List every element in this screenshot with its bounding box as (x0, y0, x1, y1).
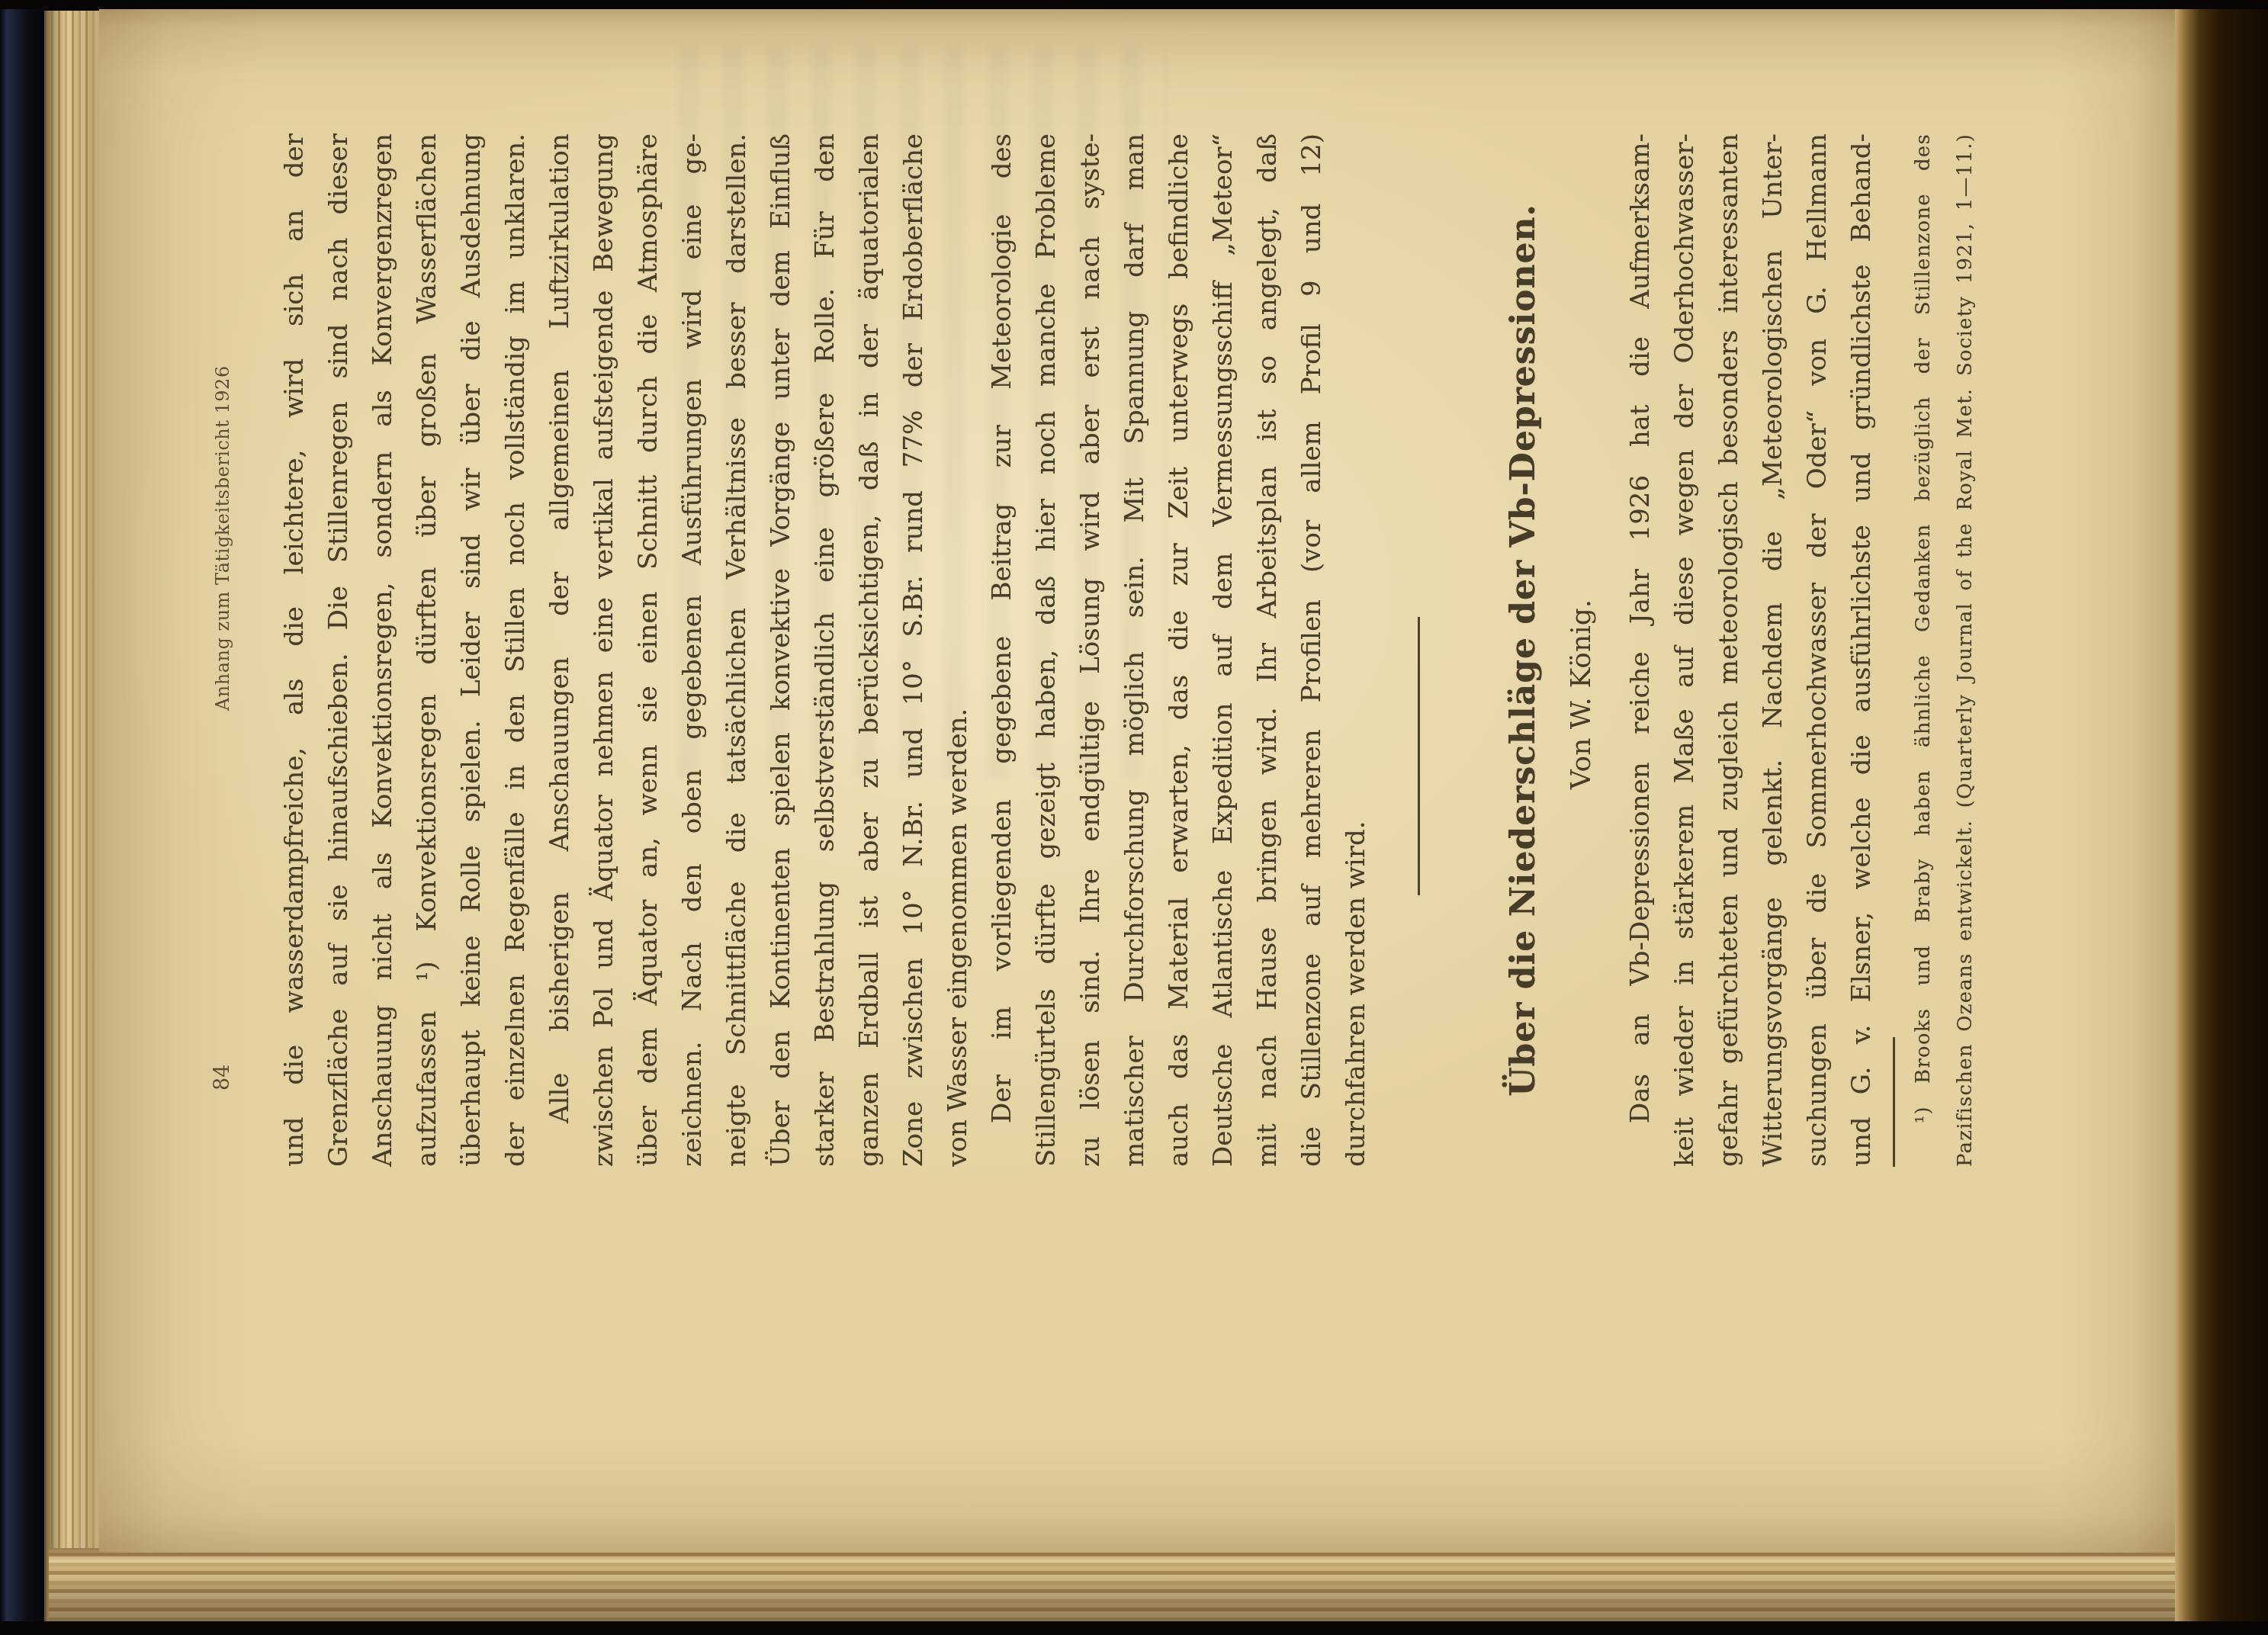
text-line: Pazifischen Ozeans entwickelt. (Quarterl… (1945, 133, 1987, 1167)
section-paragraph: Das an Vb-Depressionen reiche Jahr 1926 … (1618, 133, 1884, 1167)
text-line: aufzufassen ¹) Konvektionsregen dürften … (405, 133, 449, 1167)
footnote-rule (1893, 1037, 1895, 1167)
text-line: die Stillenzone auf mehreren Profilen (v… (1290, 133, 1334, 1167)
text-line: neigte Schnittfläche die tatsächlichen V… (715, 133, 759, 1167)
text-line: Grenzfläche auf sie hinaufschieben. Die … (316, 133, 361, 1167)
body-paragraphs: und die wasserdampfreiche, als die leich… (272, 133, 1378, 1167)
text-line: von Wasser eingenommen werden. (936, 133, 980, 1167)
text-line: und die wasserdampfreiche, als die leich… (272, 133, 316, 1167)
scan-background-top (0, 0, 2268, 9)
text-line: Der im vorliegenden gegebene Beitrag zur… (980, 133, 1024, 1167)
text-line: zu lösen sind. Ihre endgültige Lösung wi… (1068, 133, 1113, 1167)
scanned-page: 84 Anhang zum Tätigkeitsbericht 1926 und… (99, 8, 2180, 1553)
scan-background-bottom (0, 1621, 2268, 1635)
text-block: und die wasserdampfreiche, als die leich… (272, 133, 1987, 1167)
text-line: suchungen über die Sommerhochwasser der … (1795, 133, 1839, 1167)
text-line: Über den Kontinenten spielen konvektive … (759, 133, 803, 1167)
book-scan-scene: 84 Anhang zum Tätigkeitsbericht 1926 und… (0, 0, 2268, 1635)
text-line: Zone zwischen 10° N.Br. und 10° S.Br. ru… (891, 133, 936, 1167)
text-line: Deutsche Atlantische Expedition auf dem … (1201, 133, 1245, 1167)
page-edge-stack-bottom (49, 1548, 2184, 1626)
running-title: Anhang zum Tätigkeitsbericht 1926 (212, 365, 233, 711)
text-line: matischer Durchforschung möglich sein. M… (1113, 133, 1157, 1167)
text-line: und G. v. Elsner, welche die ausführlich… (1839, 133, 1884, 1167)
text-line: mit nach Hause bringen wird. Ihr Arbeits… (1245, 133, 1290, 1167)
text-line: starker Bestrahlung selbstverständlich e… (803, 133, 847, 1167)
book-cover-right-edge (2175, 0, 2268, 1635)
text-line: durchfahren werden wird. (1334, 133, 1378, 1167)
text-line: überhaupt keine Rolle spielen. Leider si… (449, 133, 493, 1167)
section-divider-rule (1418, 617, 1420, 895)
text-line: Witterungsvorgänge gelenkt. Nachdem die … (1751, 133, 1795, 1167)
page-number: 84 (210, 1065, 234, 1091)
text-line: zeichnen. Nach den oben gegebenen Ausfüh… (670, 133, 715, 1167)
text-line: Anschauung nicht als Konvektionsregen, s… (361, 133, 405, 1167)
section-byline: Von W. König. (1565, 222, 1598, 1167)
text-line: über dem Äquator an, wenn sie einen Schn… (626, 133, 670, 1167)
footnotes: ¹) Brooks und Braby haben ähnliche Gedan… (1903, 133, 1987, 1167)
text-line: keit wieder in stärkerem Maße auf diese … (1662, 133, 1707, 1167)
page-edge-stack-left (44, 11, 104, 1624)
text-line: der einzelnen Regenfälle in den Stillen … (493, 133, 538, 1167)
book-cover-left-edge (0, 0, 49, 1635)
text-line: auch das Material erwarten, das die zur … (1157, 133, 1201, 1167)
text-line: Das an Vb-Depressionen reiche Jahr 1926 … (1618, 133, 1662, 1167)
text-line: ¹) Brooks und Braby haben ähnliche Gedan… (1903, 133, 1945, 1167)
text-line: ganzen Erdball ist aber zu berücksichtig… (847, 133, 891, 1167)
section-heading: Über die Niederschläge der Vb-Depression… (1502, 133, 1545, 1167)
text-line: Stillengürtels dürfte gezeigt haben, daß… (1024, 133, 1068, 1167)
page-header: 84 Anhang zum Tätigkeitsbericht 1926 (209, 133, 239, 1167)
rotated-page-content: 84 Anhang zum Tätigkeitsbericht 1926 und… (99, 8, 2180, 1553)
text-line: Alle bisherigen Anschauungen der allgeme… (538, 133, 582, 1167)
text-line: zwischen Pol und Äquator nehmen eine ver… (582, 133, 626, 1167)
text-line: gefahr gefürchteten und zugleich meteoro… (1707, 133, 1751, 1167)
